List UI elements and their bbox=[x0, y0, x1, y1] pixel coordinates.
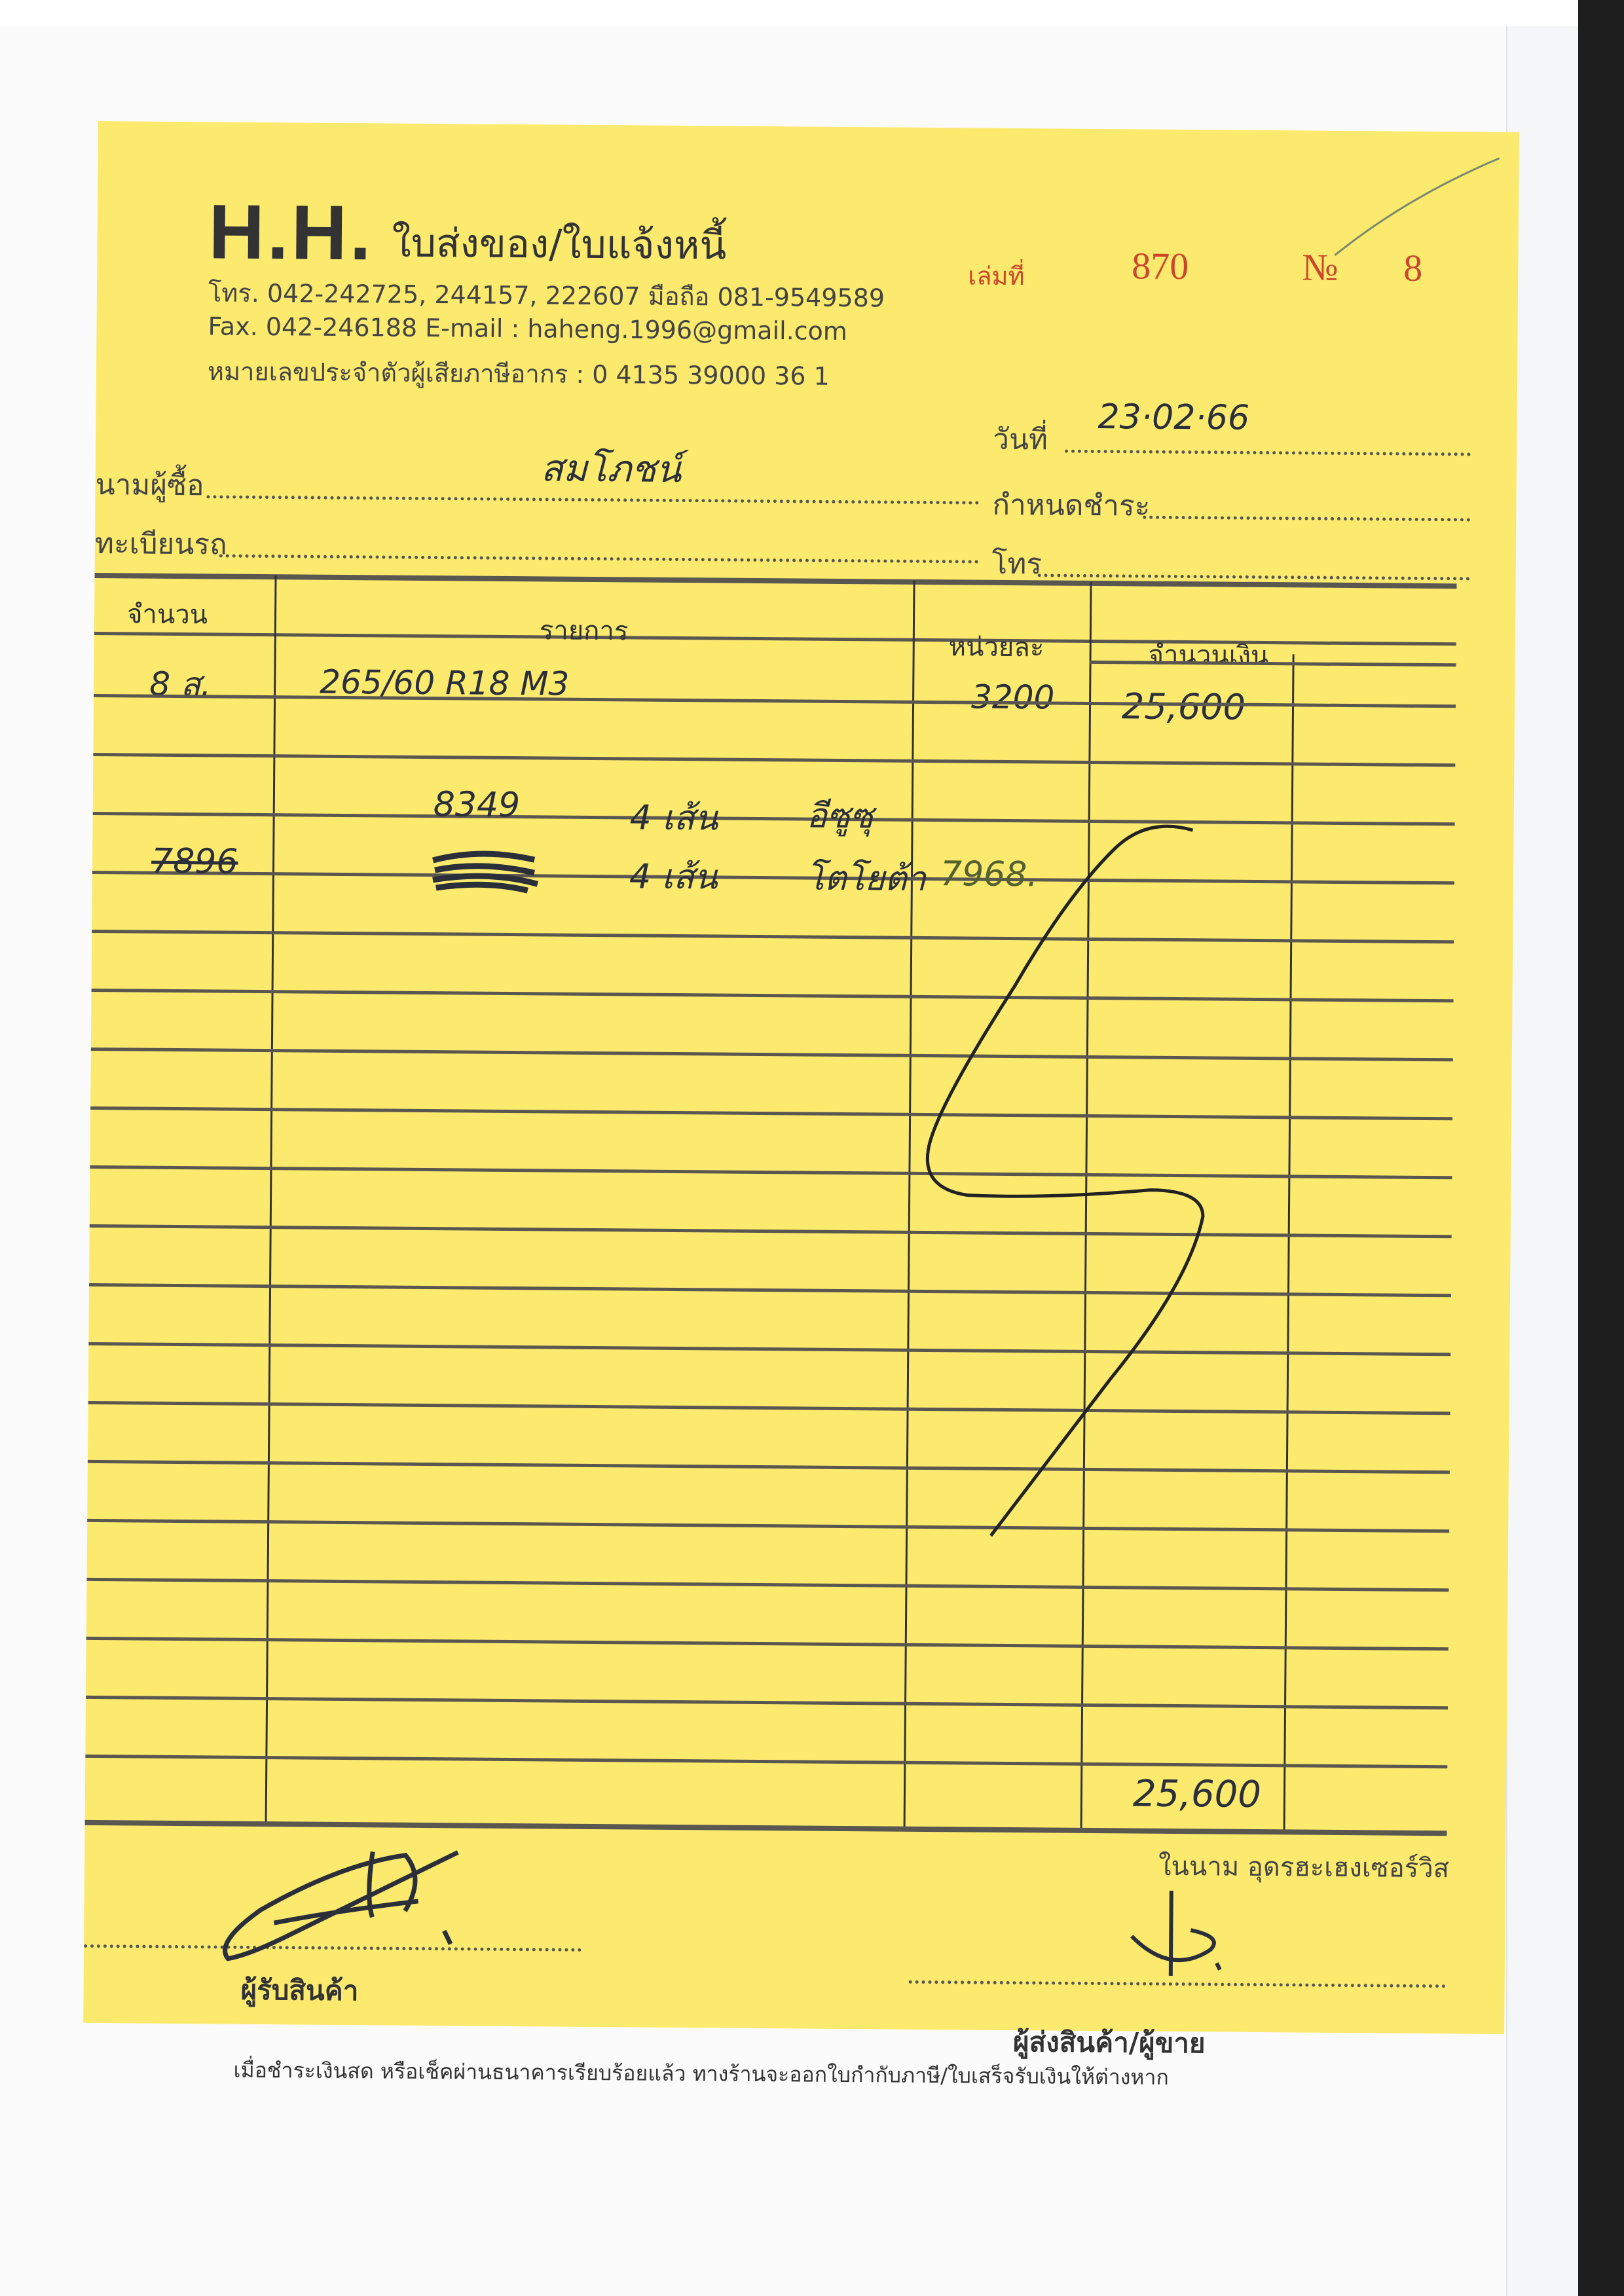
row-line bbox=[90, 1106, 1452, 1120]
brand-logo: H.H. bbox=[208, 187, 374, 278]
row-line bbox=[86, 1578, 1449, 1592]
header-bottom-line bbox=[1090, 661, 1456, 666]
row-line bbox=[90, 1165, 1452, 1179]
row-line bbox=[88, 1342, 1450, 1356]
due-line bbox=[1143, 516, 1470, 522]
row-line bbox=[89, 1283, 1451, 1297]
col-divider-satang bbox=[1283, 654, 1295, 1831]
header-unit-price: หน่วยละ bbox=[948, 625, 1044, 668]
row-line bbox=[86, 1637, 1449, 1650]
book-label: เล่มที่ bbox=[968, 255, 1025, 296]
pencil-mark bbox=[1328, 151, 1505, 263]
buyer-label: นามผู้ซื้อ bbox=[95, 462, 204, 508]
col-divider-item bbox=[904, 581, 915, 1828]
row-line bbox=[87, 1519, 1449, 1533]
due-label: กำหนดชำระ bbox=[992, 482, 1150, 529]
scanner-edge bbox=[1578, 0, 1624, 2296]
void-stroke-mark bbox=[912, 822, 1213, 1551]
date-line bbox=[1065, 450, 1471, 456]
row-line bbox=[92, 930, 1454, 943]
buyer-value: สมโภชน์ bbox=[541, 439, 682, 498]
header-item: รายการ bbox=[540, 609, 629, 651]
table-bottom-border bbox=[85, 1820, 1447, 1836]
sender-label: ผู้ส่งสินค้า/ผู้ขาย bbox=[1013, 2020, 1206, 2065]
on-behalf-text: ในนาม อุดรฮะเฮงเซอร์วิส bbox=[1158, 1845, 1449, 1889]
note-qty: 4 เส้น bbox=[629, 790, 718, 845]
note-brand: โตโยต้า bbox=[806, 850, 927, 905]
date-value: 23·02·66 bbox=[1098, 397, 1249, 438]
row-amount: 25,600 bbox=[1122, 685, 1246, 727]
row-line bbox=[93, 753, 1455, 767]
row-line bbox=[88, 1460, 1450, 1474]
plate-label: ทะเบียนรถ bbox=[95, 520, 227, 568]
note-code: 8349 bbox=[434, 785, 521, 825]
sender-signature bbox=[1118, 1884, 1237, 1989]
book-number: 870 bbox=[1132, 244, 1189, 288]
row-line bbox=[94, 694, 1456, 708]
note-brand: อีซูซุ bbox=[806, 788, 873, 843]
document-title: ใบส่งของ/ใบแจ้งหนี้ bbox=[392, 212, 727, 277]
scan-background bbox=[0, 0, 1624, 26]
receiver-signature bbox=[208, 1837, 485, 1970]
tax-id-line: หมายเลขประจำตัวผู้เสียภาษีอากร : 0 4135 … bbox=[208, 351, 830, 395]
row-line bbox=[92, 871, 1454, 884]
row-line bbox=[88, 1401, 1450, 1415]
date-label: วันที่ bbox=[993, 416, 1048, 463]
header-qty: จำนวน bbox=[127, 592, 208, 635]
phone-line-field bbox=[1038, 574, 1470, 580]
note-qty: 4 เส้น bbox=[629, 848, 718, 903]
row-line bbox=[86, 1696, 1448, 1709]
invoice-slip: H.H. ใบส่งของ/ใบแจ้งหนี้ โทร. 042-242725… bbox=[83, 121, 1519, 2034]
phone-line: โทร. 042-242725, 244157, 222607 มือถือ 0… bbox=[208, 272, 885, 318]
row-line bbox=[93, 812, 1455, 826]
note-struck-code: 7896 bbox=[151, 842, 238, 882]
row-qty: 8 ส. bbox=[149, 659, 212, 711]
receiver-label: ผู้รับสินค้า bbox=[240, 1969, 358, 2013]
row-line bbox=[91, 1048, 1453, 1061]
scribbled-out-text bbox=[430, 847, 542, 894]
row-unit-price: 3200 bbox=[971, 678, 1055, 716]
row-line bbox=[92, 989, 1454, 1002]
header-amount: จำนวนเงิน bbox=[1148, 634, 1268, 676]
fax-email-line: Fax. 042-246188 E-mail : haheng.1996@gma… bbox=[208, 312, 847, 346]
row-line bbox=[85, 1755, 1447, 1768]
row-line bbox=[90, 1224, 1452, 1238]
plate-line bbox=[219, 554, 979, 563]
total-amount: 25,600 bbox=[1133, 1772, 1261, 1816]
col-divider-qty bbox=[265, 575, 277, 1823]
